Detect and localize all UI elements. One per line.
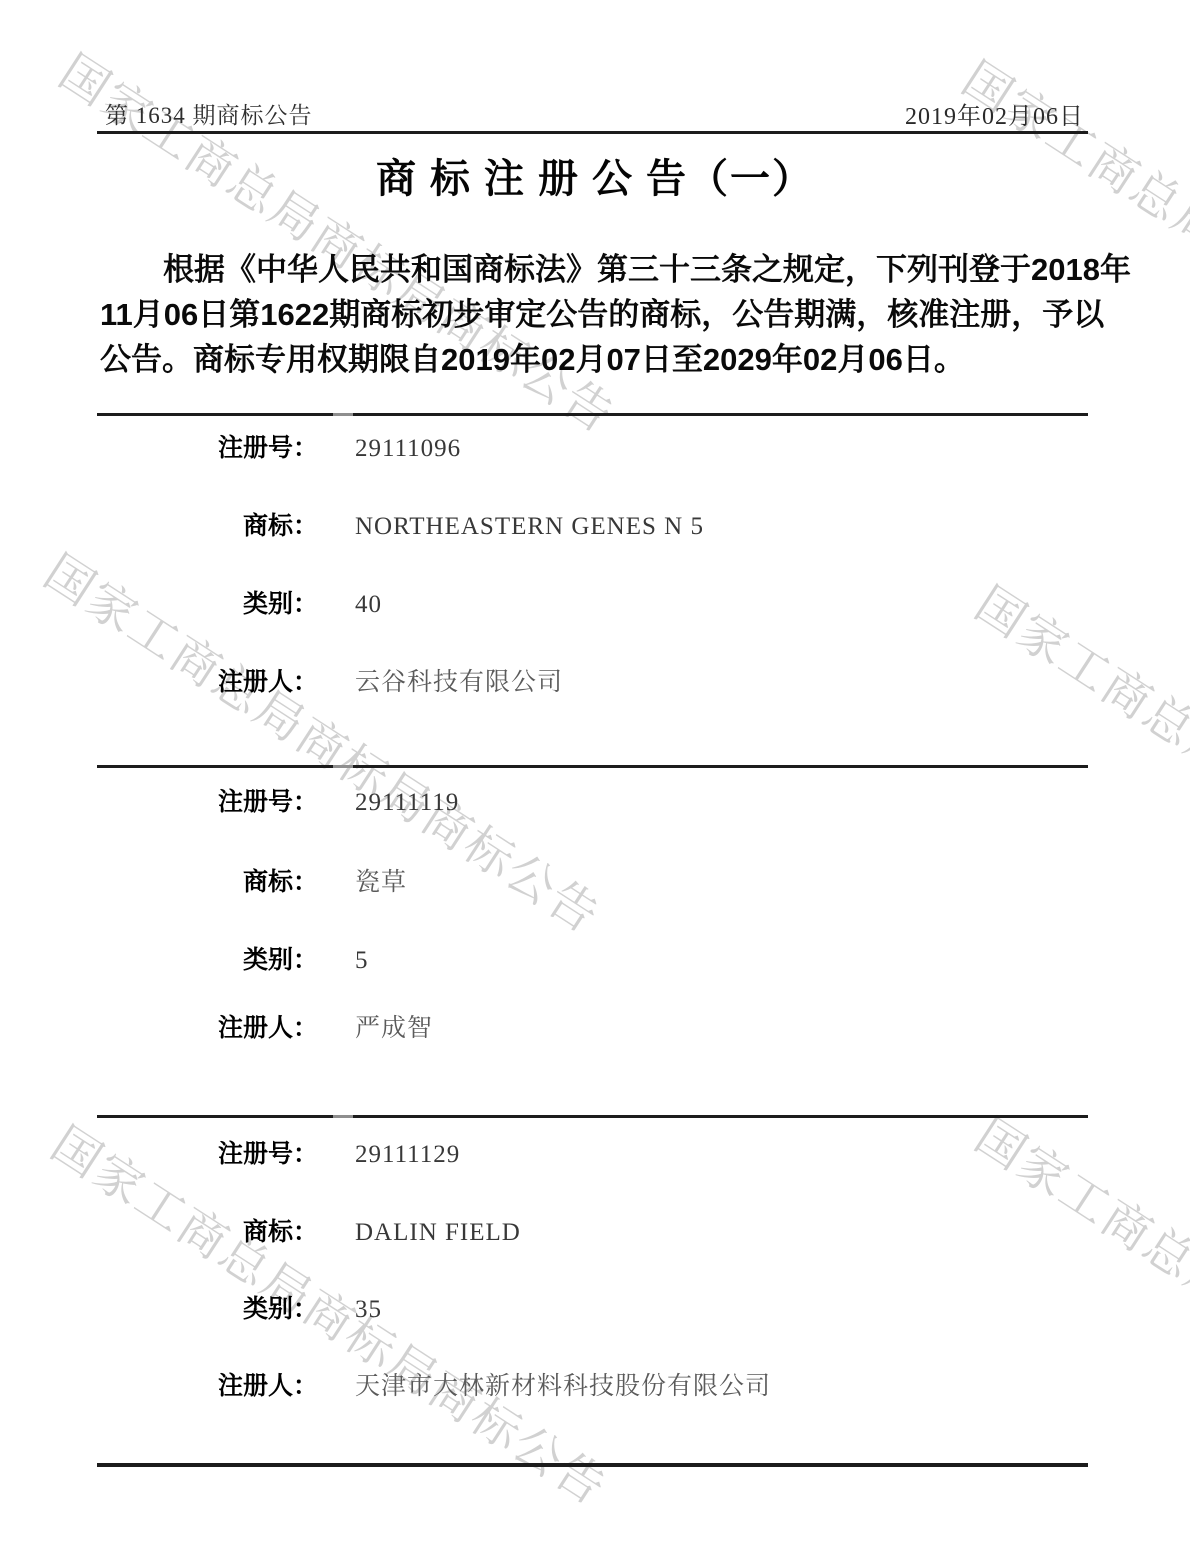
class-label: 类别： bbox=[97, 1294, 318, 1324]
entry-row-trademark: 商标：瓷草 bbox=[97, 867, 407, 901]
registrant-label: 注册人： bbox=[97, 667, 318, 697]
reg-no-label: 注册号： bbox=[97, 787, 318, 817]
entry-row-trademark: 商标：DALIN FIELD bbox=[97, 1217, 521, 1251]
entry-row-registrant: 注册人：严成智 bbox=[97, 1013, 433, 1047]
separator-line bbox=[97, 1115, 1088, 1118]
entry-row-registrant: 注册人：天津市大林新材料科技股份有限公司 bbox=[97, 1371, 771, 1405]
registrant-label: 注册人： bbox=[97, 1013, 318, 1043]
gazette-issue-number: 第 1634 期商标公告 bbox=[105, 97, 313, 130]
page-title: 商 标 注 册 公 告（一） bbox=[0, 147, 1190, 204]
trademark-label: 商标： bbox=[97, 511, 318, 541]
bottom-rule bbox=[97, 1463, 1088, 1467]
trademark-value: DALIN FIELD bbox=[355, 1219, 521, 1246]
class-value: 35 bbox=[355, 1296, 382, 1323]
trademark-value: NORTHEASTERN GENES N 5 bbox=[355, 513, 704, 540]
registrant-value: 天津市大林新材料科技股份有限公司 bbox=[355, 1373, 771, 1400]
header-rule bbox=[97, 131, 1088, 134]
entry-row-reg-no: 注册号：29111119 bbox=[97, 787, 459, 821]
class-label: 类别： bbox=[97, 589, 318, 619]
class-value: 5 bbox=[355, 947, 369, 974]
registrant-value: 云谷科技有限公司 bbox=[355, 669, 563, 696]
class-value: 40 bbox=[355, 591, 382, 618]
entry-row-class: 类别：35 bbox=[97, 1294, 382, 1328]
gazette-date: 2019年02月06日 bbox=[905, 96, 1084, 131]
registrant-label: 注册人： bbox=[97, 1371, 318, 1401]
reg-no-value: 29111119 bbox=[355, 789, 459, 816]
line-notch bbox=[333, 413, 353, 416]
line-notch bbox=[333, 1115, 353, 1118]
separator-line bbox=[97, 765, 1088, 768]
entry-row-class: 类别：40 bbox=[97, 589, 382, 623]
class-label: 类别： bbox=[97, 945, 318, 975]
intro-line: 11月06日第1622期商标初步审定公告的商标，公告期满，核准注册，予以 bbox=[100, 292, 1092, 337]
trademark-label: 商标： bbox=[97, 1217, 318, 1247]
entry-row-class: 类别：5 bbox=[97, 945, 369, 979]
reg-no-label: 注册号： bbox=[97, 1139, 318, 1169]
separator-line bbox=[97, 413, 1088, 416]
entry-row-reg-no: 注册号：29111096 bbox=[97, 433, 461, 467]
entry-row-reg-no: 注册号：29111129 bbox=[97, 1139, 460, 1173]
intro-paragraph: 根据《中华人民共和国商标法》第三十三条之规定，下列刊登于2018年 11月06日… bbox=[100, 247, 1092, 382]
watermark-text: 国家工商总局商标局商标公告 bbox=[967, 580, 1190, 974]
gazette-page: 国家工商总局商标局商标公告 国家工商总局商标局商标公告 国家工商总局商标局商标公… bbox=[0, 0, 1190, 1564]
intro-line: 根据《中华人民共和国商标法》第三十三条之规定，下列刊登于2018年 bbox=[100, 247, 1092, 292]
trademark-label: 商标： bbox=[97, 867, 318, 897]
line-notch bbox=[333, 765, 353, 768]
reg-no-label: 注册号： bbox=[97, 433, 318, 463]
reg-no-value: 29111096 bbox=[355, 435, 461, 462]
reg-no-value: 29111129 bbox=[355, 1141, 460, 1168]
watermark-text: 国家工商总局商标局商标公告 bbox=[967, 1112, 1190, 1506]
intro-line: 公告。商标专用权期限自2019年02月07日至2029年02月06日。 bbox=[100, 337, 1092, 382]
trademark-value: 瓷草 bbox=[355, 869, 407, 896]
entry-row-registrant: 注册人：云谷科技有限公司 bbox=[97, 667, 563, 701]
entry-row-trademark: 商标：NORTHEASTERN GENES N 5 bbox=[97, 511, 704, 545]
registrant-value: 严成智 bbox=[355, 1015, 433, 1042]
